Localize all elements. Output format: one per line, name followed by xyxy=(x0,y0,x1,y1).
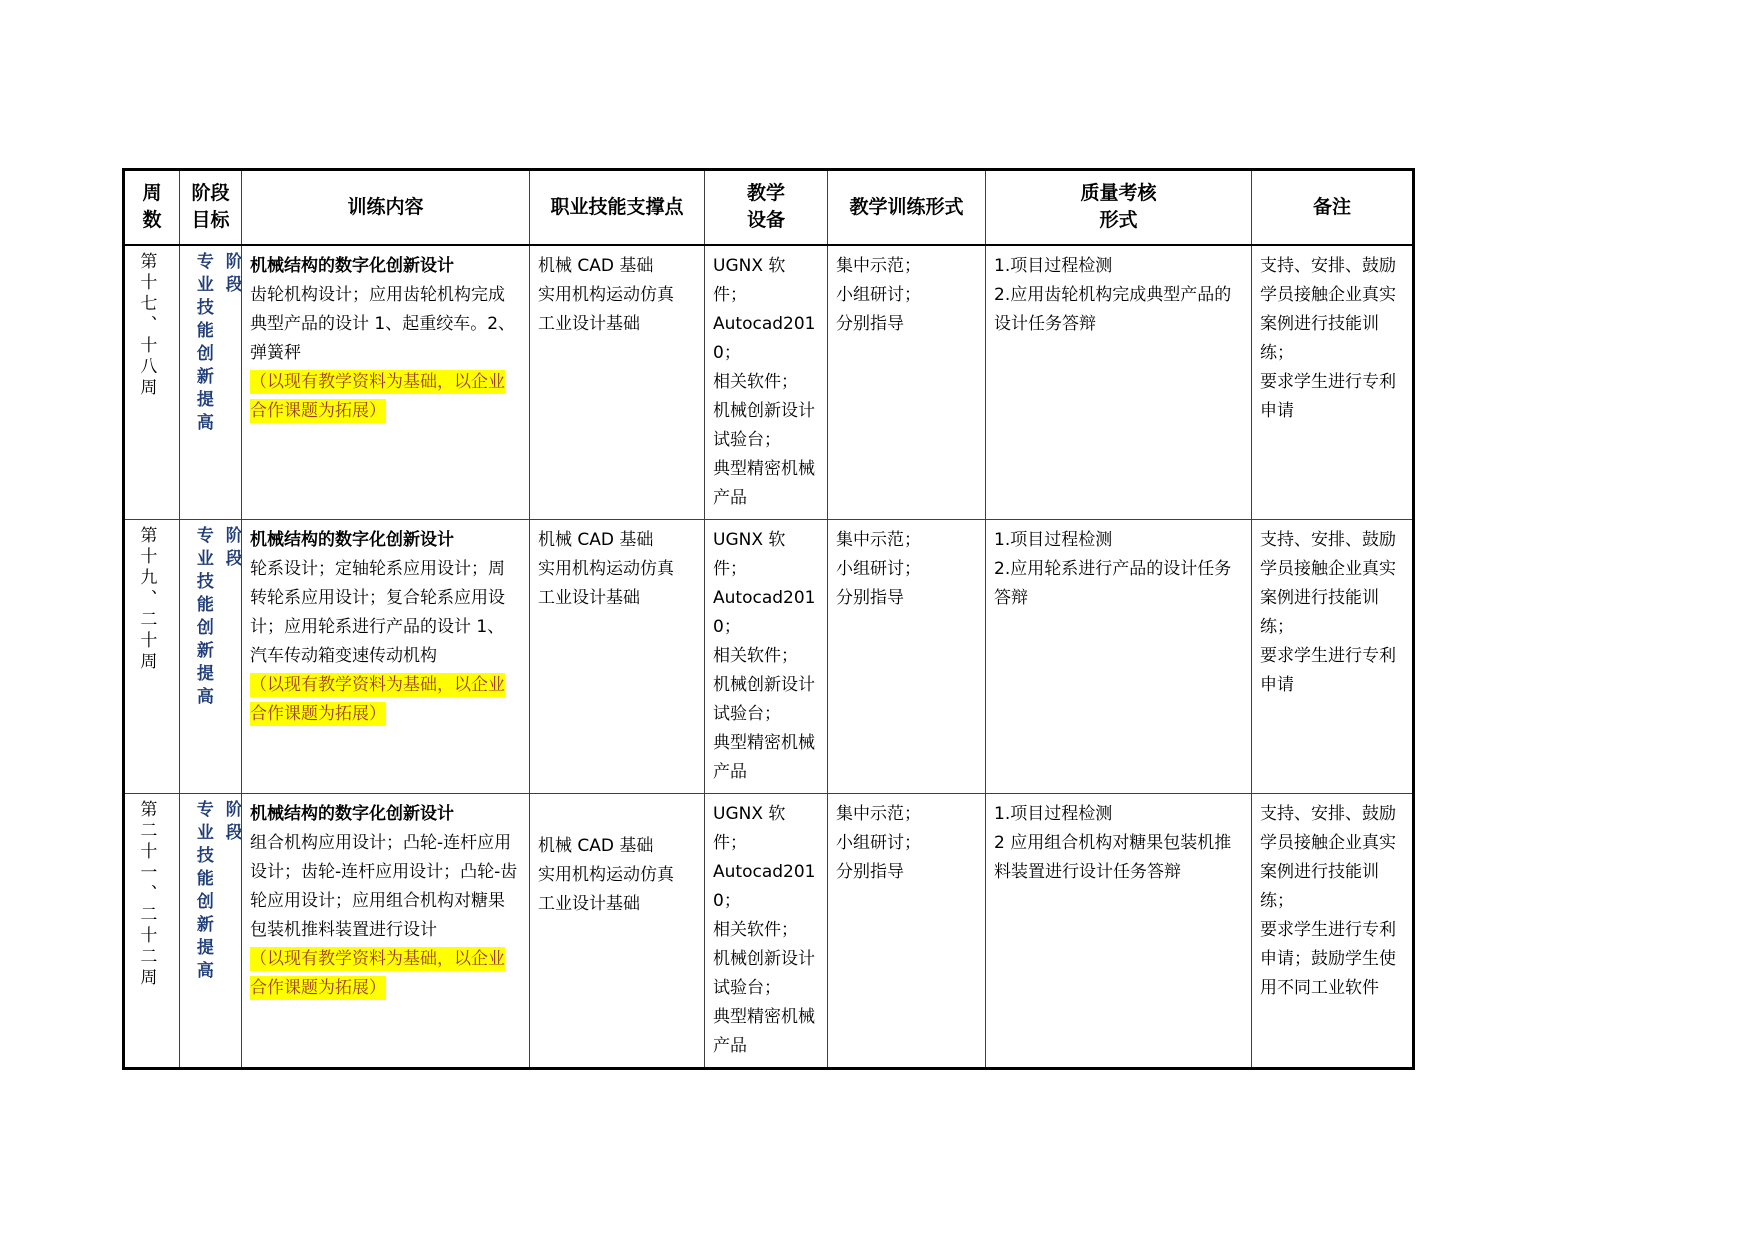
highlighted-note: （以现有教学资料为基础，以企业合作课题为拓展） xyxy=(250,947,505,1000)
quality-assessment-cell: 1.项目过程检测 2 应用组合机构对糖果包装机推料装置进行设计任务答辩 xyxy=(986,793,1252,1068)
highlighted-note: （以现有教学资料为基础，以企业合作课题为拓展） xyxy=(250,370,505,423)
stage-goal-cell: 专业技能创新提高阶段 xyxy=(180,793,242,1068)
training-content-title: 机械结构的数字化创新设计 xyxy=(250,800,521,829)
week-label: 第二十一、二十二周 xyxy=(133,800,159,989)
training-content-highlight: （以现有教学资料为基础，以企业合作课题为拓展） xyxy=(250,671,521,729)
skill-support-cell: 机械 CAD 基础 实用机构运动仿真 工业设计基础 xyxy=(530,245,705,520)
training-content-cell: 机械结构的数字化创新设计 轮系设计；定轴轮系应用设计；周转轮系应用设计；复合轮系… xyxy=(242,519,530,793)
training-content-cell: 机械结构的数字化创新设计 齿轮机构设计；应用齿轮机构完成典型产品的设计 1、起重… xyxy=(242,245,530,520)
equipment-cell: UGNX 软件； Autocad2010； 相关软件； 机械创新设计试验台； 典… xyxy=(705,245,828,520)
header-training-content: 训练内容 xyxy=(242,170,530,245)
header-skill-support: 职业技能支撑点 xyxy=(530,170,705,245)
equipment-cell: UGNX 软件； Autocad2010； 相关软件； 机械创新设计试验台； 典… xyxy=(705,793,828,1068)
header-equipment: 教学 设备 xyxy=(705,170,828,245)
header-quality-assessment: 质量考核 形式 xyxy=(986,170,1252,245)
skill-support-cell: 机械 CAD 基础 实用机构运动仿真 工业设计基础 xyxy=(530,519,705,793)
stage-goal-label: 专业技能创新提高阶段 xyxy=(188,526,242,712)
training-content-body: 齿轮机构设计；应用齿轮机构完成典型产品的设计 1、起重绞车。2、弹簧秤 xyxy=(250,281,521,368)
quality-assessment-cell: 1.项目过程检测 2.应用齿轮机构完成典型产品的设计任务答辩 xyxy=(986,245,1252,520)
skill-support-cell: 机械 CAD 基础 实用机构运动仿真 工业设计基础 xyxy=(530,793,705,1068)
week-label: 第十九、二十周 xyxy=(133,526,159,673)
header-row: 周 数 阶段 目标 训练内容 职业技能支撑点 教学 设备 教学训练形式 质量考核… xyxy=(124,170,1414,245)
training-content-cell: 机械结构的数字化创新设计 组合机构应用设计；凸轮-连杆应用设计；齿轮-连杆应用设… xyxy=(242,793,530,1068)
stage-goal-label: 专业技能创新提高阶段 xyxy=(188,800,242,986)
training-content-highlight: （以现有教学资料为基础，以企业合作课题为拓展） xyxy=(250,945,521,1003)
training-content-title: 机械结构的数字化创新设计 xyxy=(250,526,521,555)
training-content-highlight: （以现有教学资料为基础，以企业合作课题为拓展） xyxy=(250,368,521,426)
week-cell: 第二十一、二十二周 xyxy=(124,793,180,1068)
training-content-title: 机械结构的数字化创新设计 xyxy=(250,252,521,281)
week-label: 第十七、十八周 xyxy=(133,252,159,399)
training-form-cell: 集中示范； 小组研讨； 分别指导 xyxy=(828,793,986,1068)
highlighted-note: （以现有教学资料为基础，以企业合作课题为拓展） xyxy=(250,673,505,726)
training-plan-table-container: 周 数 阶段 目标 训练内容 职业技能支撑点 教学 设备 教学训练形式 质量考核… xyxy=(122,168,1415,1070)
quality-assessment-cell: 1.项目过程检测 2.应用轮系进行产品的设计任务答辩 xyxy=(986,519,1252,793)
stage-goal-label: 专业技能创新提高阶段 xyxy=(188,252,242,438)
remarks-cell: 支持、安排、鼓励学员接触企业真实案例进行技能训练； 要求学生进行专利申请 xyxy=(1252,519,1414,793)
week-cell: 第十七、十八周 xyxy=(124,245,180,520)
header-training-form: 教学训练形式 xyxy=(828,170,986,245)
training-form-cell: 集中示范； 小组研讨； 分别指导 xyxy=(828,519,986,793)
remarks-cell: 支持、安排、鼓励学员接触企业真实案例进行技能训练； 要求学生进行专利申请；鼓励学… xyxy=(1252,793,1414,1068)
table-row: 第二十一、二十二周 专业技能创新提高阶段 机械结构的数字化创新设计 组合机构应用… xyxy=(124,793,1414,1068)
header-stage-goal: 阶段 目标 xyxy=(180,170,242,245)
equipment-cell: UGNX 软件； Autocad2010； 相关软件； 机械创新设计试验台； 典… xyxy=(705,519,828,793)
training-form-cell: 集中示范； 小组研讨； 分别指导 xyxy=(828,245,986,520)
stage-goal-cell: 专业技能创新提高阶段 xyxy=(180,245,242,520)
training-content-body: 轮系设计；定轴轮系应用设计；周转轮系应用设计；复合轮系应用设计；应用轮系进行产品… xyxy=(250,555,521,671)
training-plan-table: 周 数 阶段 目标 训练内容 职业技能支撑点 教学 设备 教学训练形式 质量考核… xyxy=(122,168,1415,1070)
remarks-cell: 支持、安排、鼓励学员接触企业真实案例进行技能训练； 要求学生进行专利申请 xyxy=(1252,245,1414,520)
week-cell: 第十九、二十周 xyxy=(124,519,180,793)
header-remarks: 备注 xyxy=(1252,170,1414,245)
header-week: 周 数 xyxy=(124,170,180,245)
table-row: 第十七、十八周 专业技能创新提高阶段 机械结构的数字化创新设计 齿轮机构设计；应… xyxy=(124,245,1414,520)
stage-goal-cell: 专业技能创新提高阶段 xyxy=(180,519,242,793)
table-row: 第十九、二十周 专业技能创新提高阶段 机械结构的数字化创新设计 轮系设计；定轴轮… xyxy=(124,519,1414,793)
training-content-body: 组合机构应用设计；凸轮-连杆应用设计；齿轮-连杆应用设计；凸轮-齿轮应用设计；应… xyxy=(250,829,521,945)
